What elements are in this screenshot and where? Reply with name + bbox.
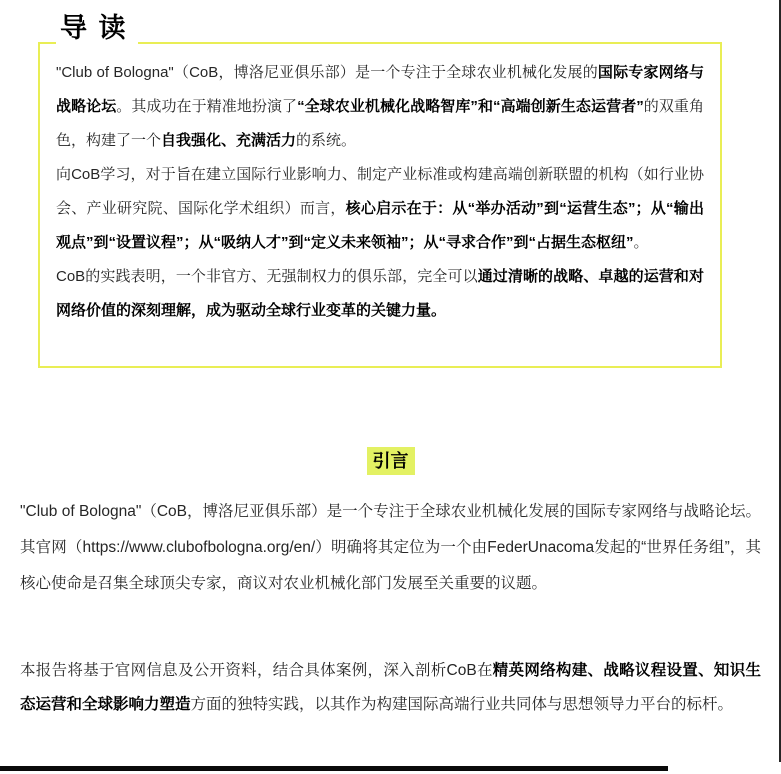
section-heading-yinyan: 引言	[367, 447, 415, 475]
official-website-url: https://www.clubofbologna.org/en/	[83, 539, 316, 556]
main-paragraph-1: "Club of Bologna"（CoB，博洛尼亚俱乐部）是一个专注于全球农业…	[20, 494, 761, 602]
main-paragraph-2: 本报告将基于官网信息及公开资料，结合具体案例，深入剖析CoB在精英网络构建、战略…	[20, 654, 761, 722]
text-run: 。其成功在于精准地扮演了	[116, 98, 297, 115]
intro-callout-box: "Club of Bologna"（CoB，博洛尼亚俱乐部）是一个专注于全球农业…	[38, 42, 722, 368]
text-run: 的系统。	[296, 132, 356, 149]
intro-section-title: 导 读	[56, 12, 138, 46]
text-run: 自我强化、充满活力	[161, 132, 296, 149]
text-run: CoB的实践表明，一个非官方、无强制权力的俱乐部，完全可以	[56, 268, 478, 285]
bottom-divider-bar	[0, 766, 668, 771]
intro-paragraph-2: 向CoB学习，对于旨在建立国际行业影响力、制定产业标准或构建高端创新联盟的机构（…	[56, 158, 704, 260]
intro-paragraph-1: "Club of Bologna"（CoB，博洛尼亚俱乐部）是一个专注于全球农业…	[56, 56, 704, 158]
text-run: "Club of Bologna"（CoB，博洛尼亚俱乐部）是一个专注于全球农业…	[56, 64, 598, 81]
text-run: 本报告将基于官网信息及公开资料，结合具体案例，深入剖析CoB在	[20, 662, 493, 679]
text-run: “全球农业机械化战略智库”和“高端创新生态运营者”	[297, 98, 644, 115]
text-run: 。	[634, 234, 649, 251]
intro-paragraph-3: CoB的实践表明，一个非官方、无强制权力的俱乐部，完全可以通过清晰的战略、卓越的…	[56, 260, 704, 328]
text-run: 方面的独特实践，以其作为构建国际高端行业共同体与思想领导力平台的标杆。	[191, 696, 734, 713]
document-page: 导 读 "Club of Bologna"（CoB，博洛尼亚俱乐部）是一个专注于…	[0, 0, 781, 774]
section-heading-row: 引言	[0, 447, 781, 475]
